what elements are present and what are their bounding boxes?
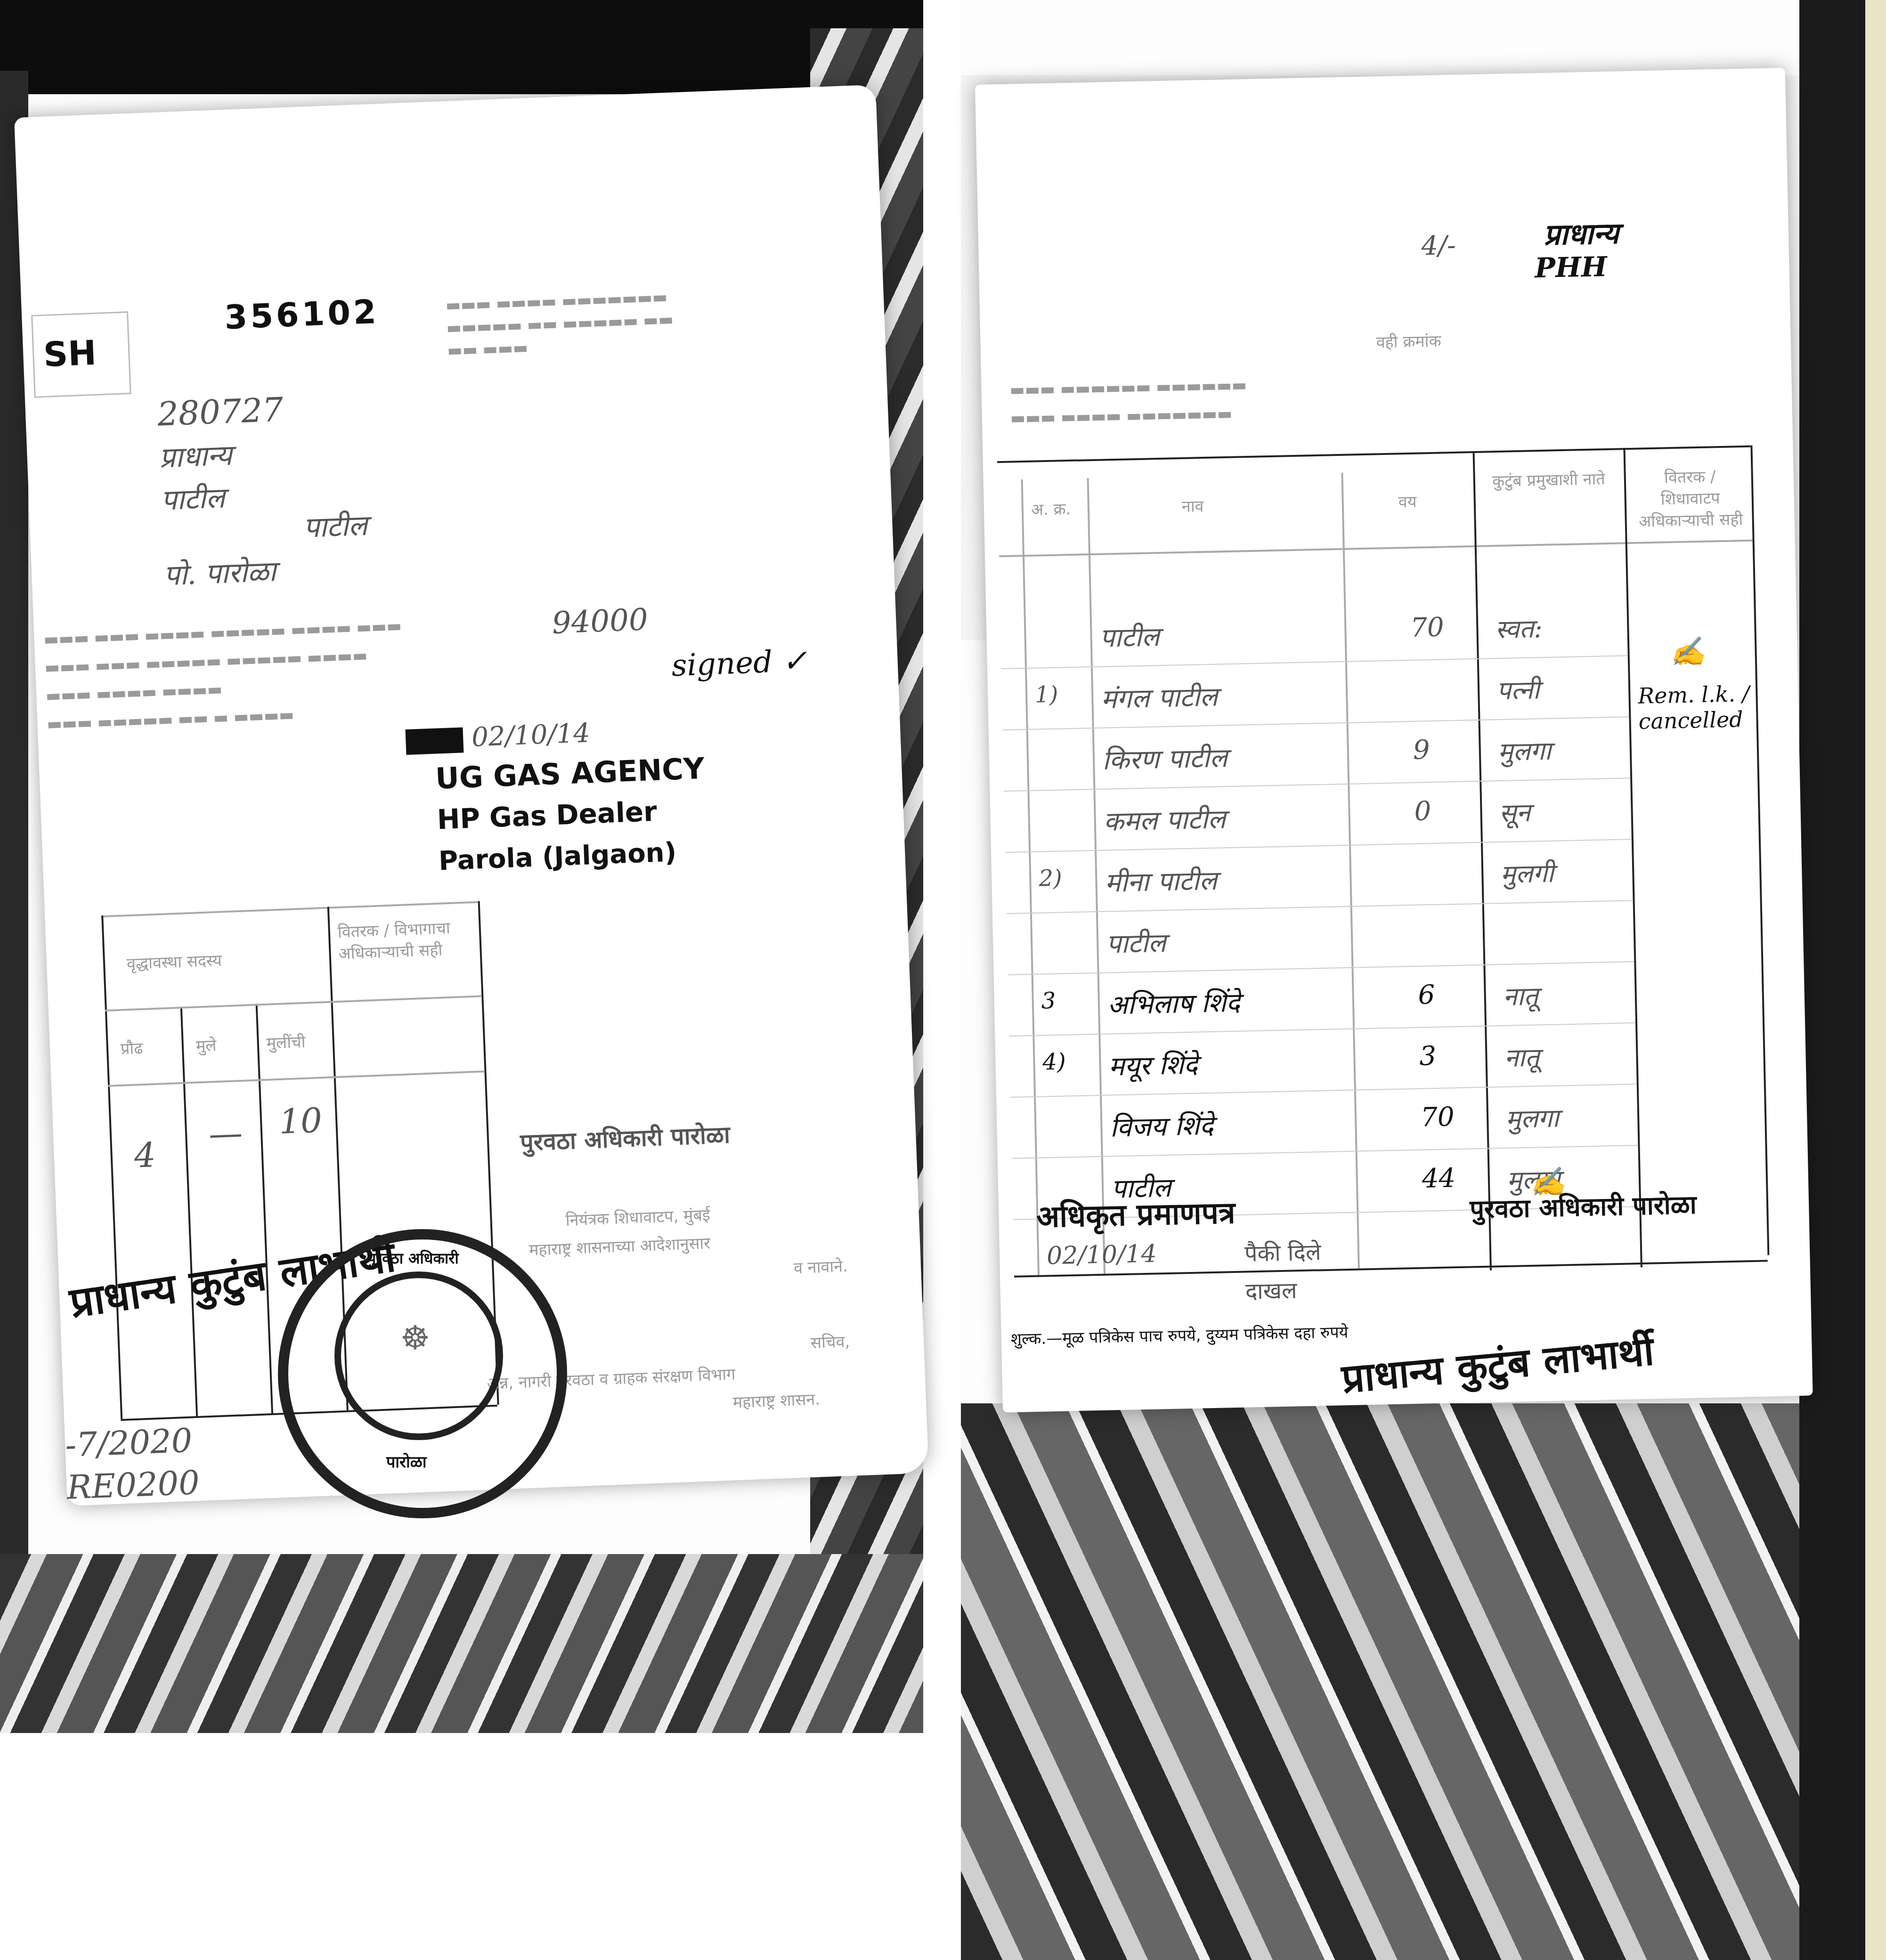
table-row xyxy=(1003,716,1629,730)
member-row-sn: 3 xyxy=(1041,988,1056,1014)
member-row-name: कमल पाटील xyxy=(1103,800,1226,838)
seal-top-text: पुरवठा अधिकारी xyxy=(367,1248,459,1268)
certificate-text: पैकी दिले xyxy=(1244,1236,1321,1268)
faint-header-lines: ▬▬▬ ▬▬▬▬▬▬ ▬▬▬▬▬▬▬▬▬ ▬▬▬▬ ▬▬▬▬▬▬▬ xyxy=(1009,371,1248,433)
col-header-name: नाव xyxy=(1181,494,1204,517)
background-edge-strip xyxy=(1865,0,1886,1960)
table-row xyxy=(1012,1145,1638,1159)
table-col-boys: मुले xyxy=(195,1034,217,1056)
form-field-labels: ▬▬▬ ▬▬▬ ▬▬▬▬ ▬▬▬▬▬ ▬▬▬▬ ▬▬▬▬▬▬ ▬▬▬ ▬▬▬▬▬… xyxy=(43,609,471,738)
issuing-officer-right: पुरवठा अधिकारी पारोळा xyxy=(1469,1186,1697,1225)
certificate-title: अधिकृत प्रमाणपत्र xyxy=(1036,1191,1236,1236)
handwritten-line-1: पाटील xyxy=(160,477,226,518)
seal-emblem-icon: ☸ xyxy=(400,1319,430,1357)
series-box: SH xyxy=(31,311,131,398)
bottom-handwriting-2: RE0200 xyxy=(66,1463,200,1507)
handwritten-line-3: पो. पारोळा xyxy=(163,551,277,593)
member-row-age: 70 xyxy=(1420,1101,1455,1133)
member-row-name: पाटील xyxy=(1106,924,1166,961)
member-row-relation: सून xyxy=(1499,794,1531,829)
handwritten-ref: 280727 xyxy=(157,390,284,434)
member-row-relation: नातू xyxy=(1503,977,1538,1013)
officer-signature-icon: ✍ xyxy=(1670,635,1706,669)
dealer-name: UG GAS AGENCY xyxy=(435,751,705,796)
member-row-name: मीना पाटील xyxy=(1105,862,1218,900)
table-value-adults: 4 xyxy=(133,1135,156,1175)
category-stamp-right: प्राधान्य कुटुंब लाभार्थी xyxy=(1339,1322,1656,1404)
handwritten-line-2: पाटील xyxy=(302,505,368,546)
bottom-handwriting-1: -7/2020 xyxy=(65,1421,193,1465)
card-series: SH xyxy=(43,333,97,374)
member-row-name: मयूर शिंदे xyxy=(1108,1046,1198,1084)
table-row xyxy=(1004,778,1630,792)
member-row-age: 6 xyxy=(1418,980,1435,1011)
officer-note: Rem. l.k. / cancelled xyxy=(1638,681,1752,734)
authority-line-2: महाराष्ट्र शासनाच्या आदेशानुसार xyxy=(528,1231,711,1260)
stamp-date-label: Date xyxy=(405,727,463,755)
table-header: वृद्धावस्था सदस्य xyxy=(126,948,222,974)
card-number: 356102 xyxy=(224,292,380,337)
top-label: वही क्रमांक xyxy=(1376,329,1441,352)
col-header-age: वय xyxy=(1398,490,1417,512)
table-row xyxy=(1010,1084,1637,1098)
table-row xyxy=(1005,839,1632,853)
col-header-signature: वितरक / शिधावाटप अधिकाऱ्याची सही xyxy=(1633,464,1748,532)
authority-line-3: व नावाने. xyxy=(793,1255,848,1278)
dealer-type: HP Gas Dealer xyxy=(437,795,658,836)
photo-divider xyxy=(923,0,961,1960)
handwritten-stamp: प्राधान्य xyxy=(1543,212,1619,253)
certificate-date: 02/10/14 xyxy=(1046,1239,1157,1270)
stamp-date: 02/10/14 xyxy=(471,718,591,753)
header-faint-text: ▬▬▬ ▬▬▬▬ ▬▬▬▬▬▬▬▬▬▬▬▬ ▬▬ ▬▬▬▬▬ ▬▬▬▬ ▬▬▬ xyxy=(445,283,754,362)
member-row-name: पाटील xyxy=(1099,618,1160,655)
table-subheader: वितरक / विभागाचा अधिकाऱ्याची सही xyxy=(337,915,475,964)
table-row xyxy=(1001,655,1628,669)
secretary-line-3: महाराष्ट्र शासन. xyxy=(732,1387,821,1412)
member-row-relation: पत्नी xyxy=(1496,671,1540,707)
authority-line-1: नियंत्रक शिधावाटप, मुंबई xyxy=(565,1203,710,1231)
member-row-age: 3 xyxy=(1419,1041,1437,1072)
dealer-location: Parola (Jalgaon) xyxy=(438,837,677,876)
table-row xyxy=(1007,900,1633,914)
table-surface-bottom-left xyxy=(0,1554,942,1733)
col-header-sn: अ. क्र. xyxy=(1031,497,1078,520)
ration-card-right-page: 4/- प्राधान्य PHH वही क्रमांक ▬▬▬ ▬▬▬▬▬▬… xyxy=(975,68,1813,1412)
table-row xyxy=(1009,1022,1635,1037)
blank-margin xyxy=(0,1733,956,1960)
member-row-age: 9 xyxy=(1413,735,1430,766)
table-value-girls: 10 xyxy=(278,1101,323,1142)
member-row-relation: नातू xyxy=(1504,1038,1540,1074)
member-row-relation: मुलगा xyxy=(1497,732,1552,768)
member-row-name: किरण पाटील xyxy=(1102,739,1228,778)
table-col-adults: प्रौढ xyxy=(120,1037,143,1059)
table-row xyxy=(1008,961,1634,975)
member-row-name: अभिलाष शिंदे xyxy=(1107,984,1240,1022)
table-value-boys: — xyxy=(208,1113,244,1154)
seal-bottom-text: पारोळा xyxy=(386,1450,426,1472)
member-row-age: 0 xyxy=(1414,796,1431,827)
member-row-sn: 1) xyxy=(1035,681,1058,708)
handwritten-category: प्राधान्य xyxy=(158,435,233,476)
col-header-relation: कुटुंब प्रमुखाशी नाते xyxy=(1482,467,1615,492)
member-row-relation: मुलगी xyxy=(1500,855,1554,891)
member-row-age: 70 xyxy=(1410,612,1445,643)
handwritten-income: 94000 xyxy=(552,602,649,641)
table-surface-top xyxy=(0,0,923,94)
issuing-officer: पुरवठा अधिकारी पारोळा xyxy=(520,1118,731,1158)
member-row-sn: 4) xyxy=(1042,1048,1066,1075)
table-surface-bottom-right xyxy=(961,1403,1886,1960)
signature-mark: signed ✓ xyxy=(671,643,808,683)
table-col-girls: मुलींची xyxy=(266,1030,306,1053)
member-row-sn: 2) xyxy=(1039,865,1062,892)
fee-note: शुल्क.—मूळ पत्रिकेस पाच रुपये, दुय्यम पत… xyxy=(1010,1320,1348,1349)
member-row-relation: स्वत: xyxy=(1495,610,1543,646)
handwritten-top-2: PHH xyxy=(1535,251,1608,284)
member-row-age: 44 xyxy=(1422,1163,1456,1194)
member-row-relation: मुलगा xyxy=(1505,1100,1559,1135)
handwritten-top-1: 4/- xyxy=(1421,230,1456,262)
member-row-name: विजय शिंदे xyxy=(1110,1107,1214,1145)
secretary-line-1: सचिव, xyxy=(810,1330,850,1353)
certificate-text-2: दाखल xyxy=(1245,1274,1297,1306)
member-row-name: मंगल पाटील xyxy=(1101,678,1218,716)
